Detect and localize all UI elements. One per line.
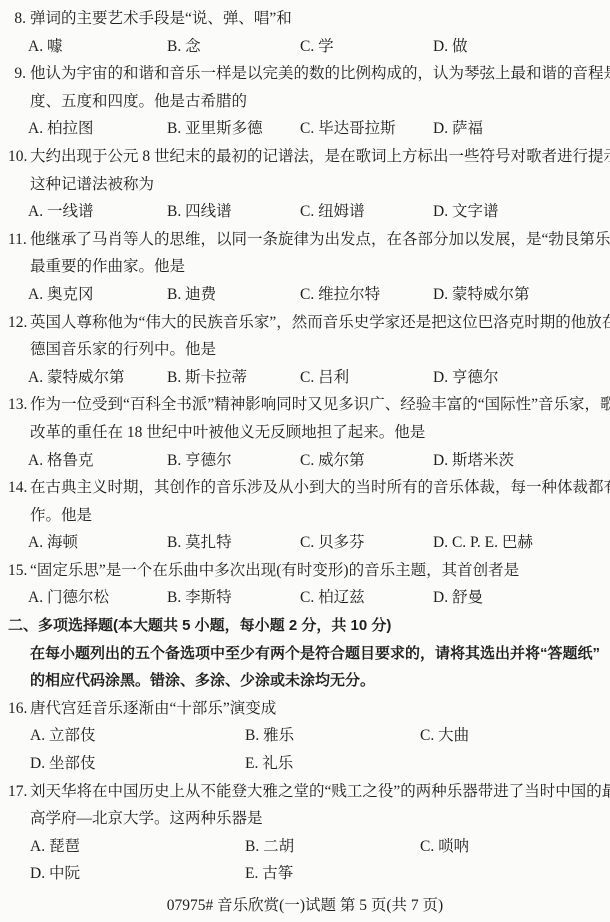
question-stem: 16.唐代宫廷音乐逐渐由“十部乐”演变成 xyxy=(8,695,610,723)
option-d: D. 舒曼 xyxy=(433,584,610,612)
option-c: C. 吕利 xyxy=(300,364,433,392)
option-d: D. 中阮 xyxy=(30,860,245,888)
section-2-header: 二、多项选择题(本大题共 5 小题，每小题 2 分，共 10 分) 在每小题列出… xyxy=(8,612,610,695)
option-c: C. 维拉尔特 xyxy=(300,281,433,309)
option-a: A. 柏拉图 xyxy=(28,115,167,143)
question-number: 13. xyxy=(8,391,30,419)
question-stem: 11.他继承了马肖等人的思维，以同一条旋律为出发点，在各部分加以发展，是“勃艮第… xyxy=(8,226,610,254)
option-b: B. 亨德尔 xyxy=(167,447,300,475)
question-stem-line: 最重要的作曲家。他是 xyxy=(8,253,610,281)
question-number: 17. xyxy=(8,778,30,806)
options-row: A. 噱 B. 念 C. 学 D. 做 xyxy=(8,33,610,61)
question-stem: 15.“固定乐思”是一个在乐曲中多次出现(有时变形)的音乐主题，其首创者是 xyxy=(8,557,610,585)
option-a: A. 奥克冈 xyxy=(28,281,167,309)
question-17: 17.刘天华将在中国历史上从不能登大雅之堂的“贱工之役”的两种乐器带进了当时中国… xyxy=(8,778,610,888)
question-stem-line: 高学府—北京大学。这两种乐器是 xyxy=(8,805,610,833)
option-c: C. 威尔第 xyxy=(300,447,433,475)
option-a: A. 海顿 xyxy=(28,529,167,557)
section-instructions-line: 的相应代码涂黑。错涂、多涂、少涂或未涂均无分。 xyxy=(8,667,610,695)
option-a: A. 立部伎 xyxy=(30,722,245,750)
question-number: 15. xyxy=(8,557,30,585)
question-number: 16. xyxy=(8,695,30,723)
question-stem-line: 唐代宫廷音乐逐渐由“十部乐”演变成 xyxy=(30,700,276,717)
exam-page: 8.弹词的主要艺术手段是“说、弹、唱”和 A. 噱 B. 念 C. 学 D. 做… xyxy=(0,0,610,922)
options-row: D. 中阮 E. 古筝 xyxy=(8,860,610,888)
question-number: 14. xyxy=(8,474,30,502)
question-15: 15.“固定乐思”是一个在乐曲中多次出现(有时变形)的音乐主题，其首创者是 A.… xyxy=(8,557,610,612)
question-number: 12. xyxy=(8,309,30,337)
question-stem-line: 度、五度和四度。他是古希腊的 xyxy=(8,88,610,116)
option-c: C. 学 xyxy=(300,33,433,61)
section-title: 二、多项选择题(本大题共 5 小题，每小题 2 分，共 10 分) xyxy=(8,612,610,640)
question-stem: 8.弹词的主要艺术手段是“说、弹、唱”和 xyxy=(8,5,610,33)
options-row: A. 一线谱 B. 四线谱 C. 纽姆谱 D. 文字谱 xyxy=(8,198,610,226)
option-d: D. 萨福 xyxy=(433,115,610,143)
option-a: A. 琵琶 xyxy=(30,833,245,861)
options-row: A. 海顿 B. 莫扎特 C. 贝多芬 D. C. P. E. 巴赫 xyxy=(8,529,610,557)
question-stem-line: 作。他是 xyxy=(8,502,610,530)
option-d: D. 文字谱 xyxy=(433,198,610,226)
question-16: 16.唐代宫廷音乐逐渐由“十部乐”演变成 A. 立部伎 B. 雅乐 C. 大曲 … xyxy=(8,695,610,778)
option-c: C. 柏辽兹 xyxy=(300,584,433,612)
option-a: A. 门德尔松 xyxy=(28,584,167,612)
option-b: B. 四线谱 xyxy=(167,198,300,226)
option-e: E. 礼乐 xyxy=(245,750,420,778)
question-8: 8.弹词的主要艺术手段是“说、弹、唱”和 A. 噱 B. 念 C. 学 D. 做 xyxy=(8,5,610,60)
question-stem-line: 改革的重任在 18 世纪中叶被他义无反顾地担了起来。他是 xyxy=(8,419,610,447)
option-c: C. 纽姆谱 xyxy=(300,198,433,226)
options-row: A. 奥克冈 B. 迪费 C. 维拉尔特 D. 蒙特威尔第 xyxy=(8,281,610,309)
option-b: B. 亚里斯多德 xyxy=(167,115,300,143)
option-b: B. 念 xyxy=(167,33,300,61)
question-stem: 13.作为一位受到“百科全书派”精神影响同时又见多识广、经验丰富的“国际性”音乐… xyxy=(8,391,610,419)
section-instructions-line: 在每小题列出的五个备选项中至少有两个是符合题目要求的，请将其选出并将“答题纸” xyxy=(8,640,610,668)
option-b: B. 二胡 xyxy=(245,833,420,861)
question-10: 10.大约出现于公元 8 世纪末的最初的记谱法，是在歌词上方标出一些符号对歌者进… xyxy=(8,143,610,226)
question-number: 9. xyxy=(8,60,30,88)
option-a: A. 蒙特威尔第 xyxy=(28,364,167,392)
option-c: C. 唢呐 xyxy=(420,833,610,861)
question-stem-line: 他继承了马肖等人的思维，以同一条旋律为出发点，在各部分加以发展，是“勃艮第乐派” xyxy=(30,231,610,248)
question-stem-line: 他认为宇宙的和谐和音乐一样是以完美的数的比例构成的，认为琴弦上最和谐的音程是八 xyxy=(30,65,610,82)
question-stem-line: 这种记谱法被称为 xyxy=(8,171,610,199)
question-stem: 14.在古典主义时期，其创作的音乐涉及从小到大的当时所有的音乐体裁，每一种体裁都… xyxy=(8,474,610,502)
option-b: B. 迪费 xyxy=(167,281,300,309)
option-d: D. C. P. E. 巴赫 xyxy=(433,529,610,557)
question-stem: 10.大约出现于公元 8 世纪末的最初的记谱法，是在歌词上方标出一些符号对歌者进… xyxy=(8,143,610,171)
option-a: A. 格鲁克 xyxy=(28,447,167,475)
options-row: A. 柏拉图 B. 亚里斯多德 C. 毕达哥拉斯 D. 萨福 xyxy=(8,115,610,143)
question-stem-line: 在古典主义时期，其创作的音乐涉及从小到大的当时所有的音乐体裁，每一种体裁都有杰 xyxy=(30,479,610,496)
option-d: D. 亨德尔 xyxy=(433,364,610,392)
question-stem-line: “固定乐思”是一个在乐曲中多次出现(有时变形)的音乐主题，其首创者是 xyxy=(30,562,519,579)
options-row: D. 坐部伎 E. 礼乐 xyxy=(8,750,610,778)
question-stem-line: 英国人尊称他为“伟大的民族音乐家”，然而音乐史学家还是把这位巴洛克时期的他放在 xyxy=(30,314,610,331)
question-9: 9.他认为宇宙的和谐和音乐一样是以完美的数的比例构成的，认为琴弦上最和谐的音程是… xyxy=(8,60,610,143)
option-c: C. 毕达哥拉斯 xyxy=(300,115,433,143)
option-d: D. 蒙特威尔第 xyxy=(433,281,610,309)
option-d: D. 坐部伎 xyxy=(30,750,245,778)
question-stem-line: 德国音乐家的行列中。他是 xyxy=(8,336,610,364)
option-a: A. 噱 xyxy=(28,33,167,61)
options-row: A. 蒙特威尔第 B. 斯卡拉蒂 C. 吕利 D. 亨德尔 xyxy=(8,364,610,392)
option-a: A. 一线谱 xyxy=(28,198,167,226)
options-row: A. 门德尔松 B. 李斯特 C. 柏辽兹 D. 舒曼 xyxy=(8,584,610,612)
options-row: A. 立部伎 B. 雅乐 C. 大曲 xyxy=(8,722,610,750)
option-c: C. 大曲 xyxy=(420,722,610,750)
option-b: B. 莫扎特 xyxy=(167,529,300,557)
question-stem-line: 弹词的主要艺术手段是“说、弹、唱”和 xyxy=(30,10,292,27)
option-d: D. 斯塔米茨 xyxy=(433,447,610,475)
page-footer: 07975# 音乐欣赏(一)试题 第 5 页(共 7 页) xyxy=(8,892,610,920)
question-stem-line: 大约出现于公元 8 世纪末的最初的记谱法，是在歌词上方标出一些符号对歌者进行提示… xyxy=(30,148,610,165)
question-number: 10. xyxy=(8,143,30,171)
question-stem: 17.刘天华将在中国历史上从不能登大雅之堂的“贱工之役”的两种乐器带进了当时中国… xyxy=(8,778,610,806)
options-row: A. 琵琶 B. 二胡 C. 唢呐 xyxy=(8,833,610,861)
option-c: C. 贝多芬 xyxy=(300,529,433,557)
question-12: 12.英国人尊称他为“伟大的民族音乐家”，然而音乐史学家还是把这位巴洛克时期的他… xyxy=(8,309,610,392)
question-stem-line: 作为一位受到“百科全书派”精神影响同时又见多识广、经验丰富的“国际性”音乐家，歌… xyxy=(30,396,610,413)
question-11: 11.他继承了马肖等人的思维，以同一条旋律为出发点，在各部分加以发展，是“勃艮第… xyxy=(8,226,610,309)
question-stem: 9.他认为宇宙的和谐和音乐一样是以完美的数的比例构成的，认为琴弦上最和谐的音程是… xyxy=(8,60,610,88)
question-14: 14.在古典主义时期，其创作的音乐涉及从小到大的当时所有的音乐体裁，每一种体裁都… xyxy=(8,474,610,557)
option-e: E. 古筝 xyxy=(245,860,420,888)
question-number: 11. xyxy=(8,226,30,254)
option-b: B. 李斯特 xyxy=(167,584,300,612)
option-b: B. 斯卡拉蒂 xyxy=(167,364,300,392)
question-stem-line: 刘天华将在中国历史上从不能登大雅之堂的“贱工之役”的两种乐器带进了当时中国的最 xyxy=(30,783,610,800)
option-b: B. 雅乐 xyxy=(245,722,420,750)
option-d: D. 做 xyxy=(433,33,610,61)
question-number: 8. xyxy=(8,5,30,33)
question-13: 13.作为一位受到“百科全书派”精神影响同时又见多识广、经验丰富的“国际性”音乐… xyxy=(8,391,610,474)
options-row: A. 格鲁克 B. 亨德尔 C. 威尔第 D. 斯塔米茨 xyxy=(8,447,610,475)
question-stem: 12.英国人尊称他为“伟大的民族音乐家”，然而音乐史学家还是把这位巴洛克时期的他… xyxy=(8,309,610,337)
